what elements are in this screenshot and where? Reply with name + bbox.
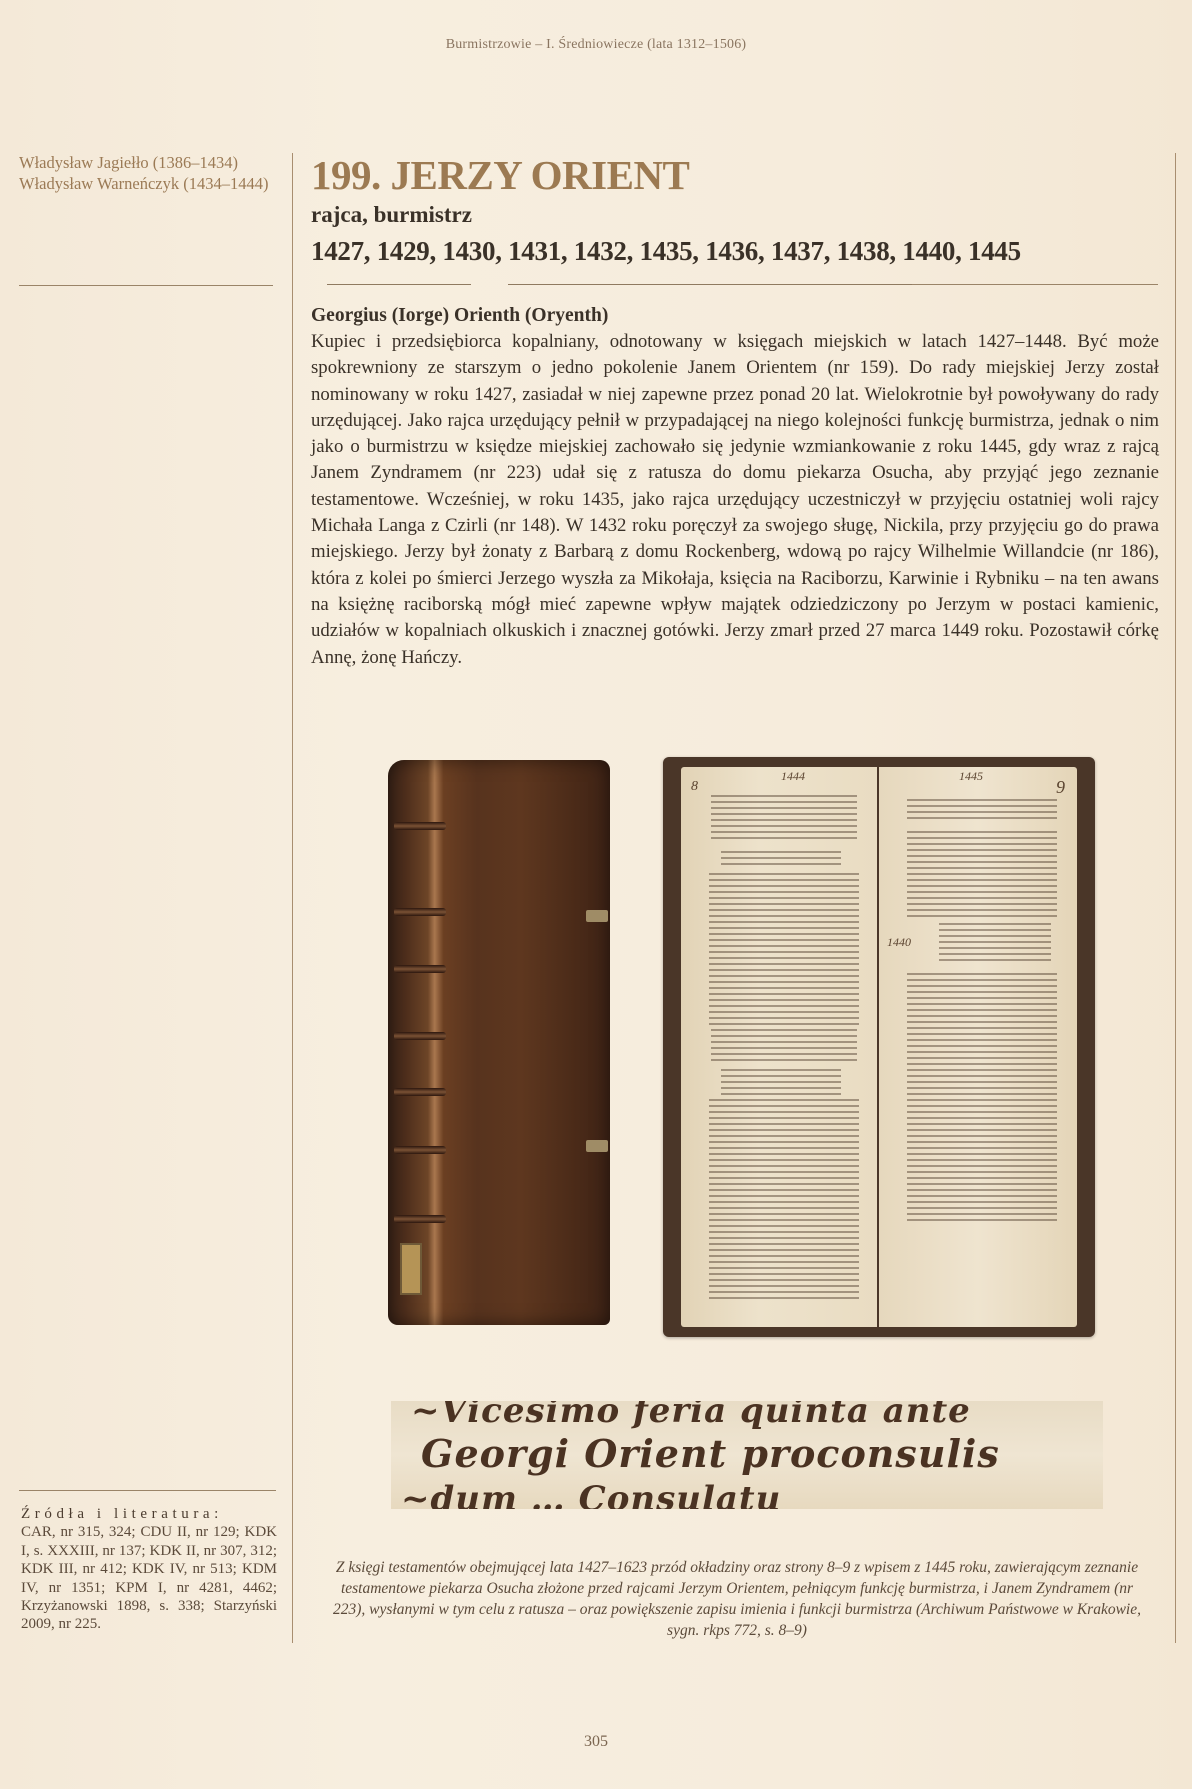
handwritten-text (907, 831, 1057, 917)
manuscript-page-left: 8 1444 (681, 767, 877, 1327)
page-number: 305 (0, 1733, 1192, 1751)
handwritten-text (907, 973, 1057, 1223)
spine-band (394, 822, 446, 830)
latin-name: Georgius (Iorge) Orienth (Oryenth) (311, 303, 608, 329)
manuscript-page-right: 9 1445 1440 (879, 767, 1077, 1327)
enlarged-inscription-photo: ~Vicesimo feria quinta ante Georgi Orien… (391, 1401, 1103, 1509)
spine-band (394, 1088, 446, 1096)
biography-paragraph: Kupiec i przedsiębiorca kopalniany, odno… (311, 329, 1159, 671)
entry-years: 1427, 1429, 1430, 1431, 1432, 1435, 1436… (311, 234, 1021, 268)
book-cover-photo (388, 760, 610, 1325)
header-divider (327, 284, 471, 285)
sources-heading: Źródła i literatura: (21, 1505, 277, 1523)
open-manuscript-photo: 8 1444 9 1445 1440 (663, 757, 1095, 1337)
page-number-value: 305 (584, 1733, 608, 1751)
handwritten-text (709, 873, 859, 1027)
clasp (586, 1140, 608, 1152)
clasp (586, 910, 608, 922)
header-divider (508, 284, 912, 285)
sources-divider (19, 1490, 276, 1491)
sources-block: Źródła i literatura: CAR, nr 315, 324; C… (21, 1505, 277, 1634)
spine-band (394, 1146, 446, 1154)
handwritten-text (721, 1069, 841, 1095)
handwritten-text (907, 799, 1057, 821)
handwritten-text (711, 795, 857, 843)
spine-band (394, 965, 446, 973)
right-column-rule (1175, 153, 1176, 1643)
margin-divider (19, 285, 273, 286)
spine-band (394, 1032, 446, 1040)
folio-number: 8 (691, 779, 698, 795)
spine-band (394, 1215, 446, 1223)
left-column-rule (292, 153, 293, 1643)
ruler-name: Władysław Jagiełło (1386–1434) (19, 152, 273, 173)
entry-title: 199. JERZY ORIENT (311, 151, 689, 199)
figure-caption: Z księgi testamentów obejmującej lata 14… (327, 1557, 1147, 1641)
folio-number: 9 (1056, 777, 1065, 798)
spine-band (394, 908, 446, 916)
sources-text: CAR, nr 315, 324; CDU II, nr 129; KDK I,… (21, 1524, 277, 1632)
folio-year: 1445 (959, 769, 983, 784)
margin-year: 1440 (887, 935, 911, 950)
handwritten-text (709, 1099, 859, 1299)
ruler-name: Władysław Warneńczyk (1434–1444) (19, 173, 273, 194)
inscription-line: ~Vicesimo feria quinta ante (411, 1401, 971, 1431)
inscription-line: Georgi Orient proconsulis (421, 1431, 1000, 1476)
inscription-line: ~dum … Consulatu (401, 1479, 781, 1509)
running-head: Burmistrzowie – I. Średniowiecze (lata 1… (0, 37, 1192, 53)
header-divider (912, 284, 1158, 285)
entry-role: rajca, burmistrz (311, 201, 472, 229)
spine-label (400, 1243, 422, 1295)
margin-rulers: Władysław Jagiełło (1386–1434) Władysław… (19, 152, 273, 194)
handwritten-text (939, 923, 1051, 965)
handwritten-text (711, 1029, 857, 1065)
folio-year: 1444 (781, 769, 805, 784)
handwritten-text (721, 851, 841, 865)
